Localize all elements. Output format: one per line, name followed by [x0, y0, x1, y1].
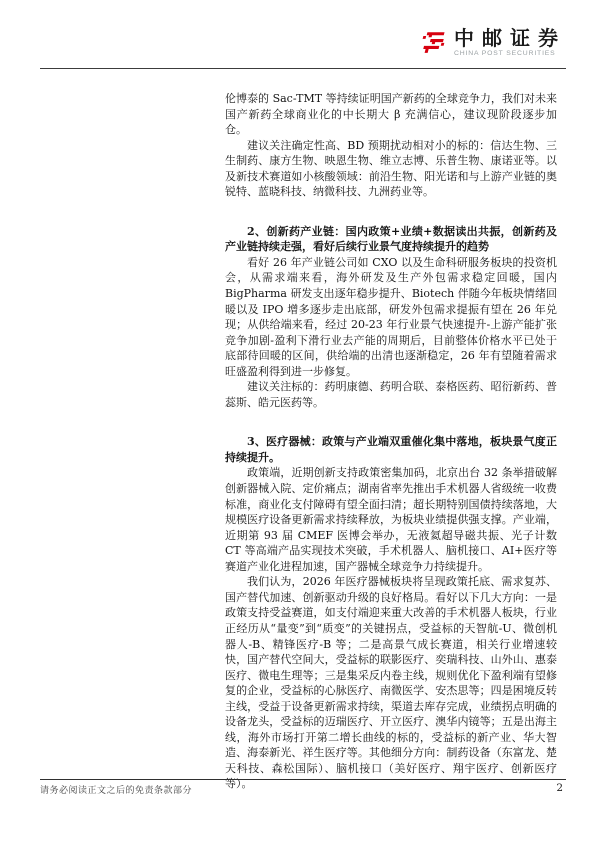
china-post-emblem-icon: [420, 29, 447, 57]
body-paragraph: 政策端，近期创新支持政策密集加码，北京出台 32 条举措破解创新器械入院、定价痛…: [225, 465, 557, 574]
body-paragraph: 伦博泰的 Sac-TMT 等持续证明国产新药的全球竞争力，我们对未来国产新药全球…: [225, 91, 557, 138]
page-number: 2: [556, 782, 563, 794]
brand-text: 中邮证券 CHINA POST SECURITIES: [454, 27, 566, 58]
footer-disclaimer: 请务必阅读正文之后的免责条款部分: [40, 783, 192, 796]
brand-logo: 中邮证券 CHINA POST SECURITIES: [420, 27, 566, 58]
section-heading: 2、创新药产业链：国内政策+业绩+数据读出共振，创新药及产业链持续走强，看好后续…: [225, 224, 557, 255]
brand-name-en: CHINA POST SECURITIES: [454, 50, 566, 58]
body-paragraph: 我们认为，2026 年医疗器械板块将呈现政策托底、需求复苏、国产替代加速、创新驱…: [225, 574, 557, 792]
body-paragraph: 建议关注确定性高、BD 预期扰动相对小的标的：信达生物、三生制药、康方生物、映恩…: [225, 138, 557, 200]
body-paragraph: 建议关注标的：药明康德、药明合联、泰格医药、昭衍新药、普蕊斯、皓元医药等。: [225, 379, 557, 410]
header-divider: [40, 68, 566, 69]
section-heading: 3、医疗器械：政策与产业端双重催化集中落地，板块景气度正持续提升。: [225, 434, 557, 465]
report-body: 伦博泰的 Sac-TMT 等持续证明国产新药的全球竞争力，我们对未来国产新药全球…: [225, 91, 557, 792]
report-page: 中邮证券 CHINA POST SECURITIES 伦博泰的 Sac-TMT …: [0, 0, 596, 842]
body-paragraph: 看好 26 年产业链公司如 CXO 以及生命科研服务板块的投资机会，从需求端来看…: [225, 255, 557, 379]
footer-divider: [40, 779, 566, 780]
brand-name-cn: 中邮证券: [454, 27, 566, 49]
